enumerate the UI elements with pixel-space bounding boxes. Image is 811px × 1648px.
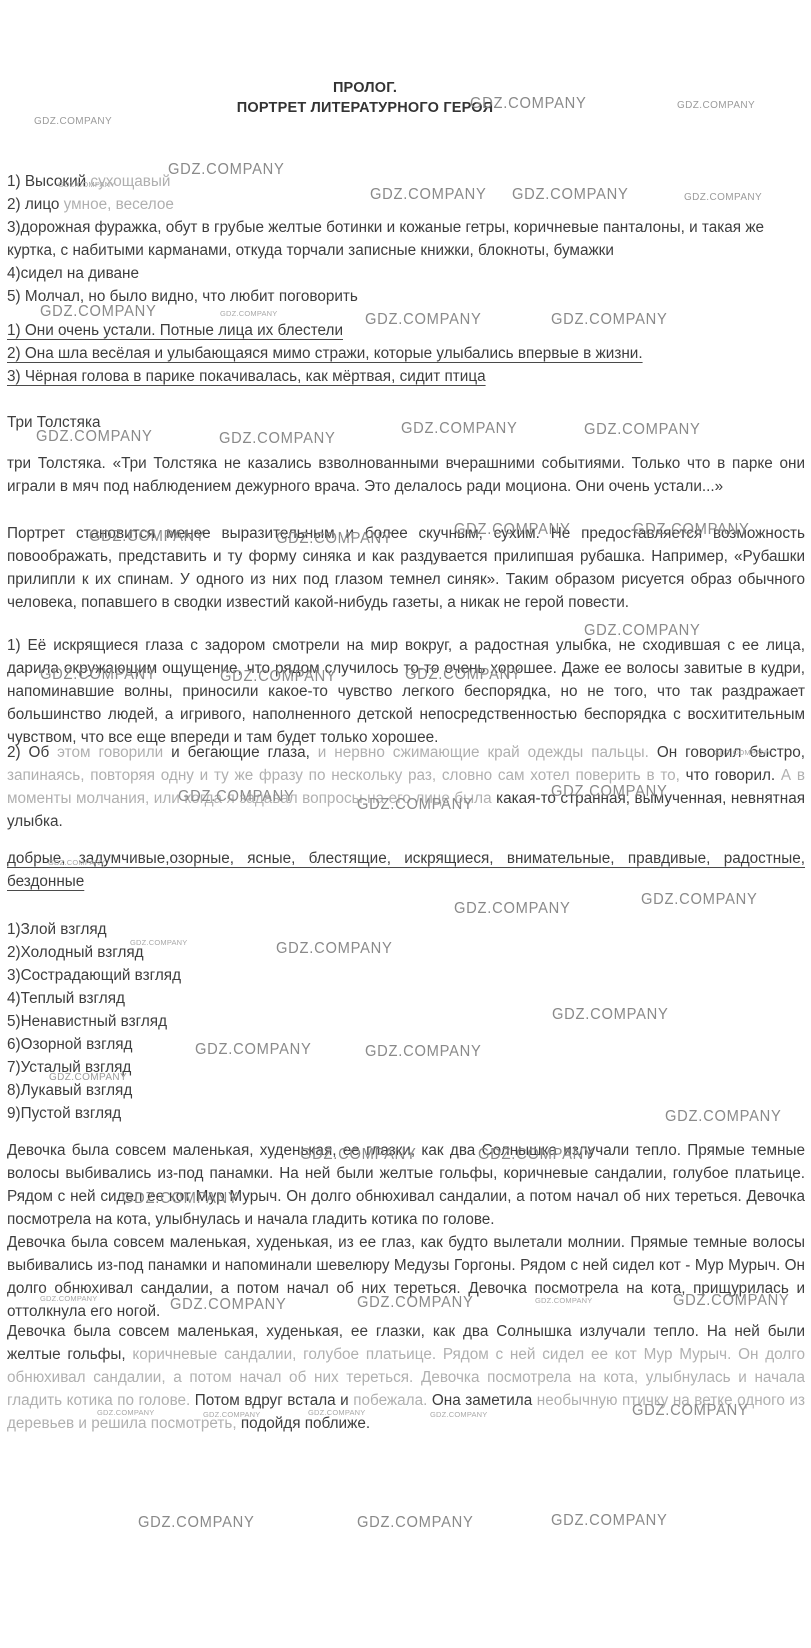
underlined-quote: 1) Они очень устали. Потные лица их блес…: [7, 322, 343, 339]
underlined-quotes-list: 1) Они очень устали. Потные лица их блес…: [7, 319, 805, 388]
girl-description-paragraph-1: Девочка была совсем маленькая, худенькая…: [7, 1139, 805, 1231]
eyes-description-paragraph-2: 2) Об этом говорили и бегающие глаза, и …: [7, 741, 805, 833]
text-segment: и нервно сжимающие край одежды пальцы.: [318, 744, 649, 761]
list-item: 7)Усталый взгляд: [7, 1056, 805, 1079]
list-item: 4)Теплый взгляд: [7, 987, 805, 1010]
text-segment: 2) Об: [7, 744, 57, 761]
text-segment: подойдя поближе.: [237, 1415, 370, 1432]
list-item: 1) Они очень устали. Потные лица их блес…: [7, 319, 805, 342]
text-segment: и бегающие глаза,: [163, 744, 318, 761]
portrait-analysis-paragraph: Портрет становится менее выразительным и…: [7, 522, 805, 614]
three-fatmen-label: Три Толстяка: [7, 411, 805, 434]
list-item: 2)Холодный взгляд: [7, 941, 805, 964]
document-page: GDZ.COMPANYGDZ.COMPANYGDZ.COMPANYGDZ.COM…: [0, 0, 811, 1648]
girl-description-paragraph-3: Девочка была совсем маленькая, худенькая…: [7, 1320, 805, 1435]
text-segment: что говорил.: [680, 767, 781, 784]
document-title: ПРОЛОГ. ПОРТРЕТ ЛИТЕРАТУРНОГО ГЕРОЯ: [7, 79, 723, 118]
watermark-gdz-company: GDZ.COMPANY: [138, 1514, 255, 1532]
list-item: 2) Она шла весёлая и улыбающаяся мимо ст…: [7, 342, 805, 365]
text-segment: запинаясь, повторяя одну и ту же фразу п…: [7, 767, 680, 784]
list-item: 3) Чёрная голова в парике покачивалась, …: [7, 365, 805, 388]
list-item: 3)дорожная фуражка, обут в грубые желтые…: [7, 216, 805, 262]
text-segment: умное, веселое: [64, 196, 174, 213]
list-item: 1)Злой взгляд: [7, 918, 805, 941]
list-item: 5)Ненавистный взгляд: [7, 1010, 805, 1033]
list-item: 9)Пустой взгляд: [7, 1102, 805, 1125]
underlined-adjectives: добрые, задумчивые,озорные, ясные, блест…: [7, 850, 805, 890]
list-item: 6)Озорной взгляд: [7, 1033, 805, 1056]
underlined-quote: 3) Чёрная голова в парике покачивалась, …: [7, 368, 486, 385]
text-segment: Потом вдруг встала и: [190, 1392, 353, 1409]
list-item: 1) Высокий сухощавый: [7, 170, 805, 193]
document-content: ПРОЛОГ. ПОРТРЕТ ЛИТЕРАТУРНОГО ГЕРОЯ 1) В…: [7, 0, 805, 1435]
text-segment: Он говорил быстро,: [649, 744, 805, 761]
list-item: 8)Лукавый взгляд: [7, 1079, 805, 1102]
text-segment: побежала.: [353, 1392, 427, 1409]
list-item: 2) лицо умное, веселое: [7, 193, 805, 216]
list-item: 4)сидел на диване: [7, 262, 805, 285]
list-item: 3)Сострадающий взгляд: [7, 964, 805, 987]
text-segment: 2) лицо: [7, 196, 64, 213]
title-line-2: ПОРТРЕТ ЛИТЕРАТУРНОГО ГЕРОЯ: [7, 99, 723, 119]
list-item: 5) Молчал, но было видно, что любит пого…: [7, 285, 805, 308]
text-segment: этом говорили: [57, 744, 163, 761]
three-fatmen-quote-paragraph: три Толстяка. «Три Толстяка не казались …: [7, 452, 805, 498]
text-segment: Она заметила: [427, 1392, 536, 1409]
watermark-gdz-company: GDZ.COMPANY: [551, 1512, 668, 1530]
eyes-description-paragraph-1: 1) Её искрящиеся глаза с задором смотрел…: [7, 634, 805, 749]
title-line-1: ПРОЛОГ.: [7, 79, 723, 99]
girl-description-paragraph-2: Девочка была совсем маленькая, худенькая…: [7, 1231, 805, 1323]
text-segment: сухощавый: [90, 173, 170, 190]
text-segment: 1) Высокий: [7, 173, 90, 190]
adjectives-underlined-line: добрые, задумчивые,озорные, ясные, блест…: [7, 847, 805, 893]
gaze-types-list: 1)Злой взгляд 2)Холодный взгляд 3)Состра…: [7, 918, 805, 1125]
underlined-quote: 2) Она шла весёлая и улыбающаяся мимо ст…: [7, 345, 643, 362]
watermark-gdz-company: GDZ.COMPANY: [357, 1514, 474, 1532]
portrait-features-list: 1) Высокий сухощавый 2) лицо умное, весе…: [7, 170, 805, 308]
